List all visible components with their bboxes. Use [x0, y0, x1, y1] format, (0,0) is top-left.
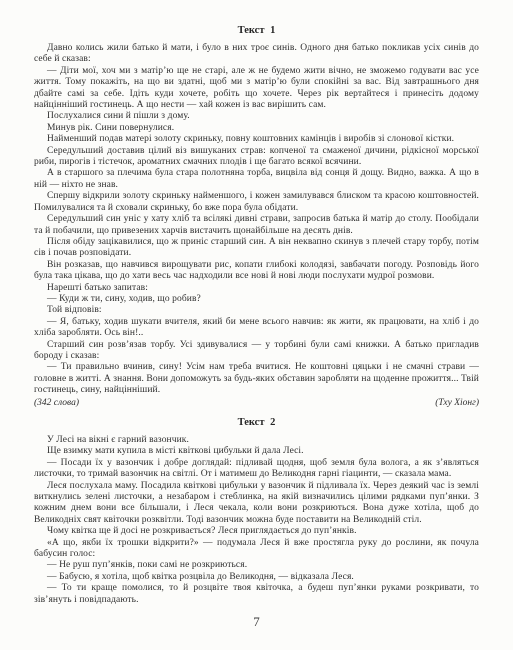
- text2-paragraph-1: У Лесі на вікні є гарний вазончик.: [34, 435, 479, 446]
- text1-paragraph-3: Послухалися сини й пішли з дому.: [34, 111, 479, 122]
- word-count: (342 слова): [34, 398, 79, 409]
- text2-paragraph-9: — То ти краще помолися, то й розцвіте тв…: [34, 583, 479, 606]
- text1-paragraph-16: Старший син розв’язав торбу. Усі здивува…: [34, 340, 479, 363]
- text1-paragraph-7: А в старшого за плечима була стара полот…: [34, 168, 479, 191]
- text2-paragraph-8: — Бабусю, я хотіла, щоб квітка розцвіла …: [34, 572, 479, 583]
- text2-paragraph-3: — Посади їх у вазончик і добре доглядай:…: [34, 458, 479, 481]
- text1-paragraph-10: Після обіду зацікавилися, що ж приніс ст…: [34, 237, 479, 260]
- text1-paragraph-14: Той відповів:: [34, 305, 479, 316]
- text2-paragraph-4: Леся послухала маму. Посадила квіткові ц…: [34, 481, 479, 527]
- text1-paragraph-13: — Куди ж ти, сину, ходив, що робив?: [34, 294, 479, 305]
- text1-paragraph-17: — Ти правильно вчинив, сину! Усім нам тр…: [34, 362, 479, 396]
- text1-paragraph-12: Нарешті батько запитав:: [34, 283, 479, 294]
- text1-paragraph-11: Він розказав, що навчився вирощувати рис…: [34, 260, 479, 283]
- text1-paragraph-9: Середульший син уніс у хату хліб та всіл…: [34, 214, 479, 237]
- text1-title: Текст 1: [34, 25, 479, 37]
- text2-paragraph-5: Чому квітка ще й досі не розкривається? …: [34, 526, 479, 537]
- text2-paragraph-7: — Не руш пуп’янків, поки самі не розкрию…: [34, 560, 479, 571]
- text1-paragraph-6: Середульший доставив цілий віз вишуканих…: [34, 146, 479, 169]
- text2-paragraph-6: «А що, якби їх трошки відкрити?» — подум…: [34, 538, 479, 561]
- text1-byline: (342 слова) (Тху Хіонг): [34, 398, 479, 409]
- text1-paragraph-1: Давно колись жили батько й мати, і було …: [34, 43, 479, 66]
- text2-title: Текст 2: [34, 417, 479, 429]
- text1-paragraph-5: Найменший подав матері золоту скриньку, …: [34, 134, 479, 145]
- book-page: Текст 1 Давно колись жили батько й мати,…: [0, 0, 513, 650]
- text1-paragraph-8: Спершу відкрили золоту скриньку найменшо…: [34, 191, 479, 214]
- text1-paragraph-15: — Я, батьку, ходив шукати вчителя, який …: [34, 317, 479, 340]
- author-name: (Тху Хіонг): [435, 398, 479, 409]
- text1-paragraph-2: — Діти мої, хоч ми з матір’ю ще не старі…: [34, 66, 479, 112]
- text1-paragraph-4: Минув рік. Сини повернулися.: [34, 123, 479, 134]
- text2-paragraph-2: Ще взимку мати купила в місті квіткові ц…: [34, 446, 479, 457]
- page-number: 7: [0, 615, 513, 628]
